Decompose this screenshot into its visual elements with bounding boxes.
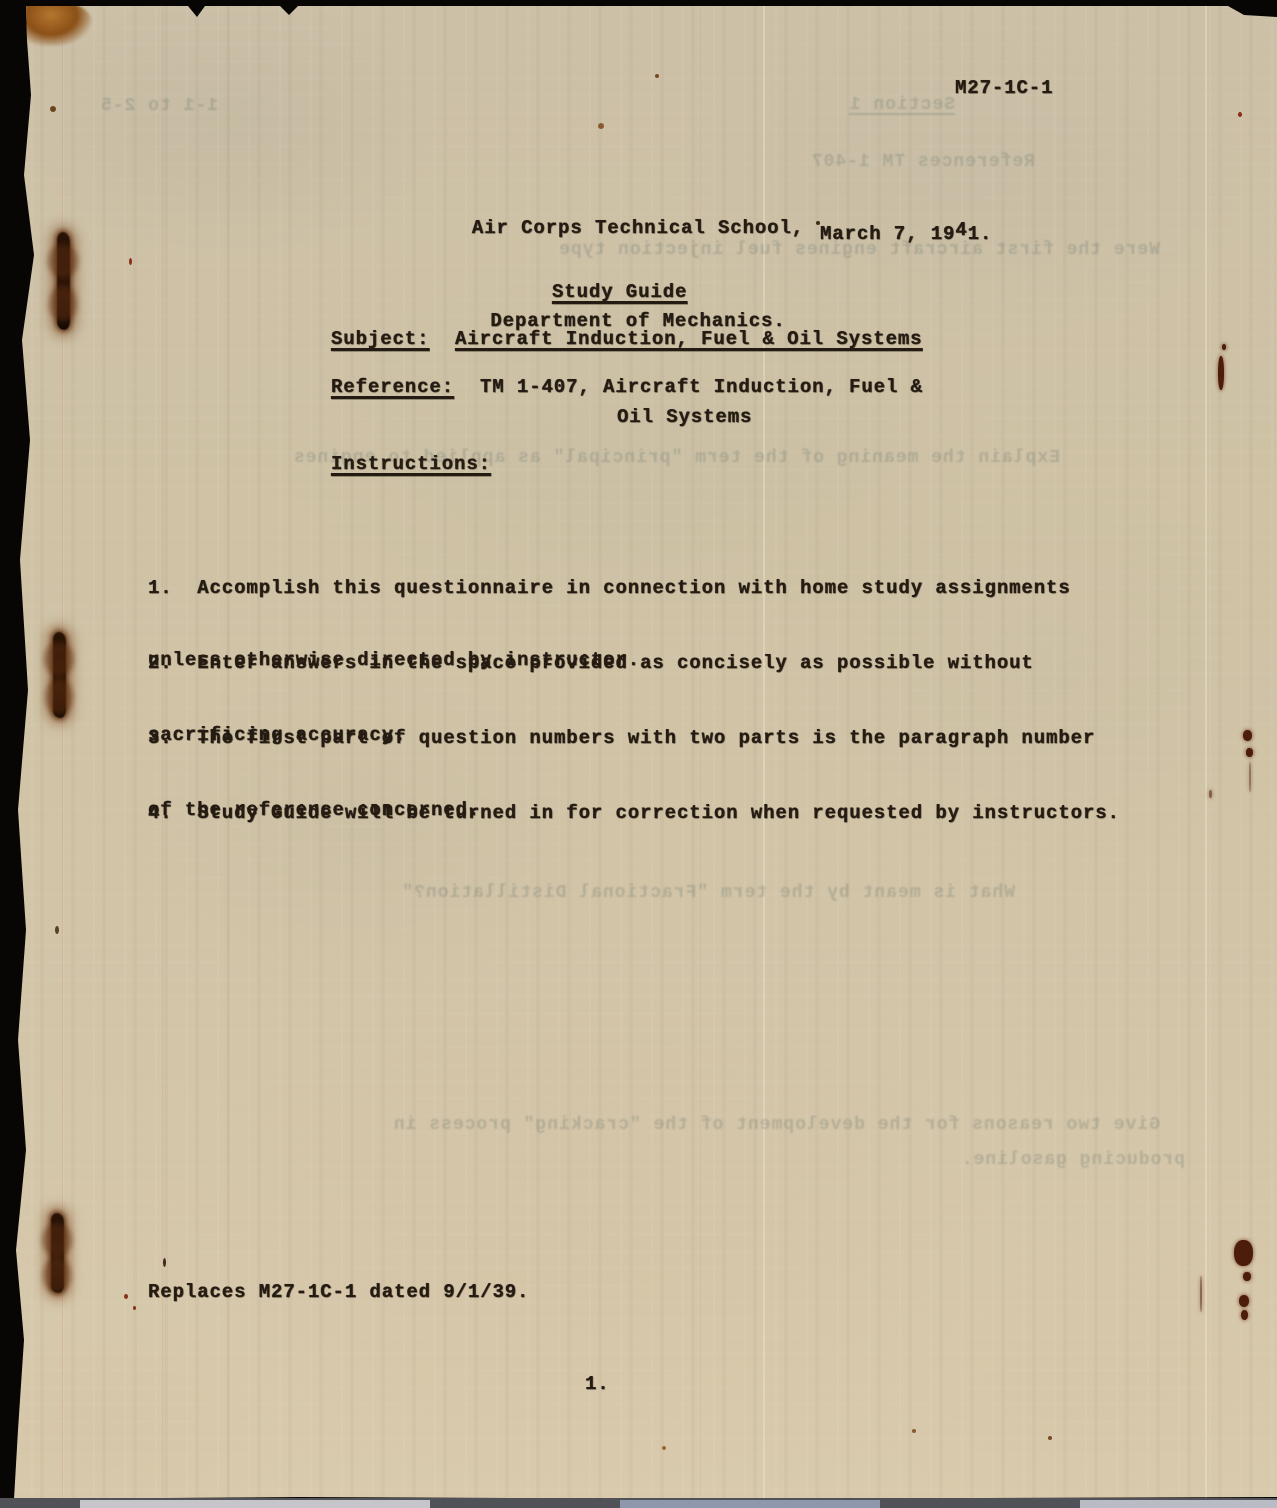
paper-speck [655,74,659,78]
paper-speck [816,221,820,225]
document-title: Study Guide [552,280,687,304]
staple-rust-stain-bottom [51,1213,64,1293]
rust-mark [1218,356,1224,390]
ghost-text: Section 1 [845,95,955,115]
scanner-bed-segment [1080,1500,1277,1508]
paper-speck [598,123,604,129]
reference-value-line2: Oil Systems [617,405,752,429]
subject-label: Subject: [331,327,429,351]
reference-label: Reference: [331,375,454,399]
paper-speck [662,1446,666,1450]
date-suffix: 1. [968,223,993,245]
instruction-line: 2. Enter answers in the space provided a… [148,651,1034,675]
paper-speck [133,1306,136,1310]
paper-speck [1048,1436,1052,1440]
date-raised-digit: 4 [955,219,967,241]
school-name: Air Corps Technical School, [452,213,824,244]
paper-speck [55,926,59,934]
ghost-text: Give two reasons for the development of … [470,1115,1160,1135]
rust-mark [1243,730,1252,741]
staple-rust-stain-top [57,232,70,330]
instruction-line: 3. The first part of question numbers wi… [148,726,1095,750]
instruction-line: 4. Study Guide will be turned in for cor… [148,801,1120,825]
document-number: M27-1C-1 [955,76,1053,100]
rust-mark [1243,1272,1251,1281]
page-number: 1. [585,1372,610,1396]
corner-stain [24,2,92,46]
scanner-bed-strip [0,1498,1277,1508]
paper-speck [124,1294,128,1299]
paper-speck [1238,112,1242,117]
instruction-item-4: 4. Study Guide will be turned in for cor… [148,753,1120,873]
paper-crease [1205,0,1207,1508]
ghost-text: producing gasoline. [985,1150,1185,1170]
paper-speck [912,1429,916,1433]
document-date: March 7, 1941. [820,222,992,246]
ghost-text: What is meant by the term "Fractional Di… [395,883,1015,903]
rust-mark [1209,790,1212,798]
scanner-bed-segment [620,1500,880,1508]
paper-speck [163,1258,166,1267]
paper-sheet: Section 1 1-1 to 2-5 References TM 1-407… [0,0,1277,1508]
reference-value-line1: TM 1-407, Aircraft Induction, Fuel & [480,375,923,399]
date-prefix: March 7, 19 [820,223,955,245]
rust-mark [1241,1310,1248,1320]
instruction-line: 1. Accomplish this questionnaire in conn… [148,576,1071,600]
staple-rust-stain-middle [53,632,66,718]
subject-value: Aircraft Induction, Fuel & Oil Systems [455,327,922,351]
scanner-bed-segment [80,1500,430,1508]
scanned-document: Section 1 1-1 to 2-5 References TM 1-407… [0,0,1277,1508]
rust-mark [1200,1276,1202,1312]
rust-mark [1239,1295,1249,1307]
replaces-note: Replaces M27-1C-1 dated 9/1/39. [148,1280,529,1304]
rust-mark [1246,748,1253,757]
organization-header: Air Corps Technical School, Department o… [452,151,824,399]
rust-mark [1234,1240,1253,1266]
ghost-text: 1-1 to 2-5 [88,96,218,116]
rust-mark [1222,344,1226,350]
rust-mark [1249,762,1251,792]
paper-speck [129,258,132,265]
instructions-label: Instructions: [331,452,491,476]
paper-speck [50,106,56,112]
